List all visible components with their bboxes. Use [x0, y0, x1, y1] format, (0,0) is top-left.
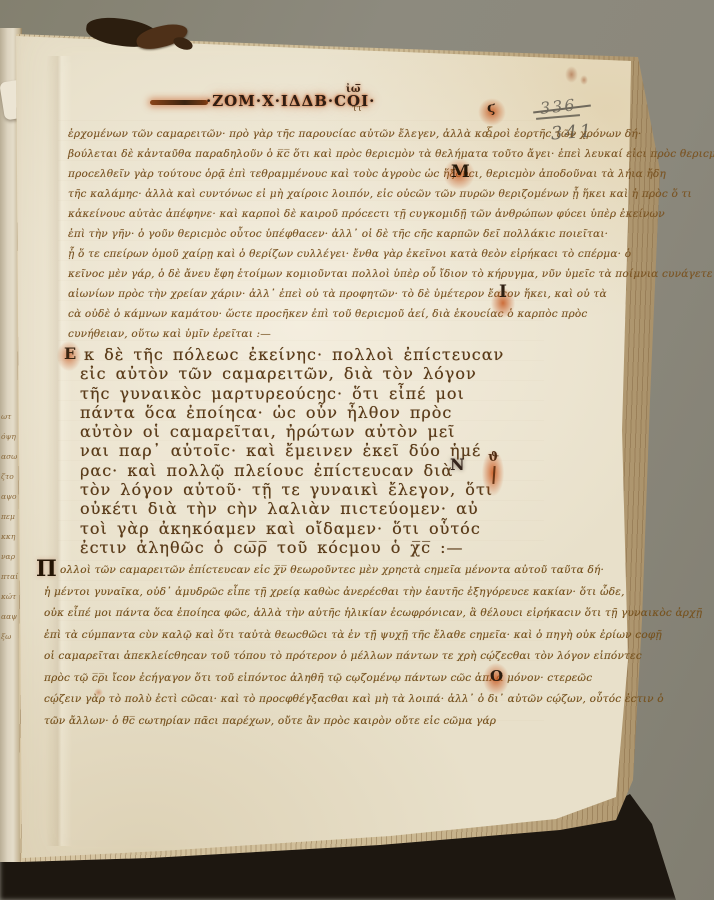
commentary-line: κεῖνοϲ μὲν γάρ, ὁ δὲ ἄνευ ἔφη ἑτοίμων κο…: [68, 264, 714, 284]
gutter-text-fragment: ααψ: [1, 612, 17, 621]
section-letter-mark: ϑ: [488, 450, 499, 465]
gospel-text-block: κ δὲ τῆϲ πόλεωϲ ἐκείνηϲ· πολλοὶ ἐπίϲτευϲ…: [80, 345, 504, 557]
kephalaion-number-mark: ϛ: [487, 100, 496, 116]
section-letter-mark: Ι: [499, 282, 507, 302]
canon-number-mark: ξ: [486, 125, 492, 138]
commentary-line: τῆϲ καλάμηϲ· ἀλλὰ καὶ ϲυντόνωϲ εἰ μὴ χαί…: [68, 184, 714, 204]
commentary-initial-letter: Π: [36, 556, 57, 582]
section-letter-mark: Ο: [490, 667, 503, 685]
gospel-line: ναι παρ᾽ αὐτοῖϲ· καὶ ἔμεινεν ἐκεῖ δύο ἡμ…: [80, 441, 504, 460]
commentary-line: ϲὰ οὐδὲ ὁ κάμνων καμάτου· ὥϲτε προϲῆκεν …: [68, 304, 714, 324]
commentary-line: βούλεται δὲ κἀνταῦθα παραδηλοῦν ὁ κ̅ϲ̅ ὅ…: [68, 144, 714, 164]
gospel-line: τὸν λόγον αὐτοῦ· τῇ τε γυναικὶ ἔλεγον, ὅ…: [80, 480, 504, 499]
section-letter-mark: Ν: [450, 455, 465, 474]
gutter-text-fragment: πταί: [1, 572, 18, 581]
commentary-line: ᾗ ὅ τε ϲπείρων ὁμοῦ χαίρῃ καὶ ὁ θερίζων …: [68, 244, 714, 264]
rubric-flourish-dash: [150, 100, 208, 105]
gutter-text-fragment: πεμ: [1, 512, 15, 521]
gospel-line: εἰϲ αὐτὸν τῶν ϲαμαρειτῶν, διὰ τὸν λόγον: [80, 364, 504, 383]
gospel-line: ἐϲτιν ἀληθῶϲ ὁ ϲω̅ρ̅ τοῦ κόϲμου ὁ χ̅ϲ̅ :…: [80, 538, 504, 557]
gospel-line: τῆϲ γυναικὸϲ μαρτυρεούϲηϲ· ὅτι εἶπέ μοι: [80, 384, 504, 403]
gutter-text-fragment: ναρ: [1, 552, 15, 561]
commentary-line: πρὸϲ τῷ ϲ̅ρ̅ι ἴϲον ἐϲήγαγον ὅτι τοῦ εἰπό…: [44, 668, 702, 690]
commentary-line: προϲελθεῖν γὰρ τούτουϲ ὁρᾷ ἐπὶ τεθραμμέν…: [68, 164, 714, 184]
section-letter-mark: Μ: [451, 162, 470, 182]
commentary-line: ἡ μέντοι γυναῖκα, οὐδ᾽ ἀμυδρῶϲ εἶπε τῇ χ…: [44, 582, 702, 604]
commentary-line: ἐρχομένων τῶν ϲαμαρειτῶν· πρὸ γὰρ τῆϲ πα…: [68, 124, 714, 144]
gutter-text-fragment: κώτ: [1, 592, 16, 601]
gospel-line: τοὶ γὰρ ἀκηκόαμεν καὶ οἴδαμεν· ὅτι οὗτόϲ: [80, 519, 504, 538]
gospel-initial-letter: Ε: [64, 344, 76, 363]
gutter-text-fragment: όψη: [1, 432, 16, 441]
commentary-line: ϲυνήθειαν, οὕτω καὶ ὑμῖν ἐρεῖται :—: [68, 324, 714, 344]
gutter-text-fragment: ζτο: [1, 472, 14, 481]
gutter-text-fragment: ασω: [1, 452, 17, 461]
page-content: ·ΖΟΜ·Χ·ΙΔΔΒ·ϹΟΙ· ἰω̅ ττ 336 341 ἐρχομένω…: [0, 0, 714, 900]
commentary-line: τῶν ἄλλων· ὁ θ̅ϲ̅ ϲωτηρίαν πᾶϲι παρέχων,…: [44, 711, 702, 733]
gutter-text-fragment: ωτ: [1, 412, 11, 421]
running-title-superscript: ἰω̅: [346, 84, 360, 95]
gospel-line: αὐτὸν οἱ ϲαμαρεῖται, ἠρώτων αὐτὸν μεῖ: [80, 422, 504, 441]
gospel-line: πάντα ὅϲα ἐποίηϲα· ὡϲ οὖν ἦλθον πρὸϲ: [80, 403, 504, 422]
commentary-line: οἱ ϲαμαρεῖται ἀπεκλείϲθηϲαν τοῦ τόπου τὸ…: [44, 646, 702, 668]
gospel-line: οὐκέτι διὰ τὴν ϲὴν λαλιὰν πιϲτεύομεν· αὐ: [80, 499, 504, 518]
manuscript-photo: { "photo": { "background_color": "#8b887…: [0, 0, 714, 900]
commentary-line: οὐκ εἶπέ μοι πάντα ὅϲα ἐποίηϲα φῶϲ, ἀλλὰ…: [44, 603, 702, 625]
gutter-text-fragment: ξω: [1, 632, 11, 641]
commentary-line: ἐπὶ τὴν γῆν· ὁ γοῦν θεριϲμὸϲ οὗτοϲ ὑπέφθ…: [68, 224, 714, 244]
gutter-text-fragment: κκη: [1, 532, 15, 541]
commentary-upper-block: ἐρχομένων τῶν ϲαμαρειτῶν· πρὸ γὰρ τῆϲ πα…: [68, 124, 714, 344]
gospel-line: κ δὲ τῆϲ πόλεωϲ ἐκείνηϲ· πολλοὶ ἐπίϲτευϲ…: [84, 345, 504, 364]
commentary-line: ἐπὶ τὰ ϲύμπαντα ϲὺν καλῷ καὶ ὅτι ταὐτὰ θ…: [44, 625, 702, 647]
commentary-line: ολλοὶ τῶν ϲαμαρειτῶν ἐπίϲτευϲαν εἰϲ χ̅ν̅…: [60, 560, 702, 582]
commentary-line: κἀκείνουϲ αὐτὰϲ ἀπέφηνε· καὶ καρποὶ δὲ κ…: [68, 204, 714, 224]
commentary-lower-block: ολλοὶ τῶν ϲαμαρειτῶν ἐπίϲτευϲαν εἰϲ χ̅ν̅…: [44, 560, 702, 732]
gospel-line: ραϲ· καὶ πολλῷ πλείουϲ ἐπίϲτευϲαν διὰ: [80, 461, 504, 480]
commentary-line: ϲῴζειν γὰρ τὸ πολὺ ἐϲτὶ ϲῶϲαι· καὶ τὸ πρ…: [44, 689, 702, 711]
running-title-subscript: ττ: [352, 104, 362, 114]
gutter-text-fragment: αψο: [1, 492, 16, 501]
commentary-line: αἰωνίων πρὸϲ τὴν χρείαν χάριν· ἀλλ᾽ ἐπεὶ…: [68, 284, 714, 304]
